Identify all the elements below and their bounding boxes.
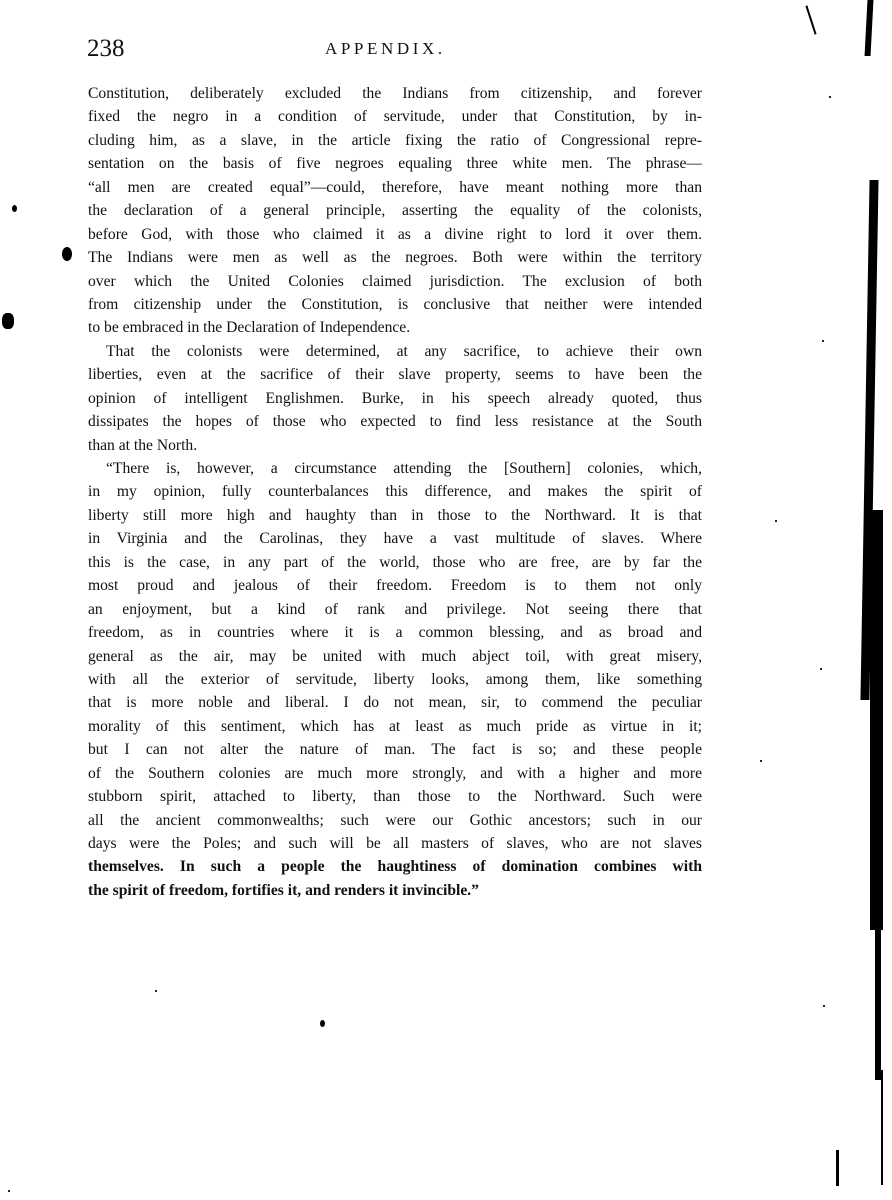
text-line: stubborn spirit, attached to liberty, th… <box>88 785 702 808</box>
speck <box>822 340 824 342</box>
text-line: of the Southern colonies are much more s… <box>88 762 702 785</box>
text-line: from citizenship under the Constitution,… <box>88 293 702 316</box>
text-line: in Virginia and the Carolinas, they have… <box>88 527 702 550</box>
text-line: the spirit of freedom, fortifies it, and… <box>88 879 702 902</box>
text-line: in my opinion, fully counterbalances thi… <box>88 480 702 503</box>
text-line: than at the North. <box>88 434 702 457</box>
running-head: APPENDIX. <box>325 38 446 60</box>
text-line: That the colonists were determined, at a… <box>88 340 702 363</box>
speck <box>829 96 831 98</box>
page-edge-shadow <box>881 1070 883 1185</box>
page-edge-shadow <box>870 510 883 930</box>
text-line: all the ancient commonwealths; such were… <box>88 809 702 832</box>
scratch-mark <box>836 1150 839 1186</box>
text-line: over which the United Colonies claimed j… <box>88 270 702 293</box>
text-line: cluding him, as a slave, in the article … <box>88 129 702 152</box>
page-edge-shadow <box>865 0 874 56</box>
ink-blot <box>12 205 17 212</box>
text-line: most proud and jealous of their freedom.… <box>88 574 702 597</box>
text-line: an enjoyment, but a kind of rank and pri… <box>88 598 702 621</box>
text-line: sentation on the basis of five negroes e… <box>88 152 702 175</box>
speck <box>760 760 762 762</box>
speck <box>775 520 777 522</box>
text-line: “There is, however, a circumstance atten… <box>88 457 702 480</box>
text-line: freedom, as in countries where it is a c… <box>88 621 702 644</box>
text-line: opinion of intelligent Englishmen. Burke… <box>88 387 702 410</box>
page-edge-shadow <box>875 910 881 1080</box>
speck <box>820 668 822 670</box>
text-line: with all the exterior of servitude, libe… <box>88 668 702 691</box>
text-line: days were the Poles; and such will be al… <box>88 832 702 855</box>
text-line: dissipates the hopes of those who expect… <box>88 410 702 433</box>
text-line: Constitution, deliberately excluded the … <box>88 82 702 105</box>
text-line: liberty still more high and haughty than… <box>88 504 702 527</box>
text-line: to be embraced in the Declaration of Ind… <box>88 316 702 339</box>
ink-blot <box>2 313 14 329</box>
text-line: but I can not alter the nature of man. T… <box>88 738 702 761</box>
paragraph-2: That the colonists were determined, at a… <box>88 340 702 457</box>
text-line: the declaration of a general principle, … <box>88 199 702 222</box>
ink-blot <box>320 1020 325 1027</box>
text-line: before God, with those who claimed it as… <box>88 223 702 246</box>
page-number: 238 <box>87 34 125 64</box>
text-line: themselves. In such a people the haughti… <box>88 855 702 878</box>
text-line: that is more noble and liberal. I do not… <box>88 691 702 714</box>
text-line: “all men are created equal”—could, there… <box>88 176 702 199</box>
body-text: Constitution, deliberately excluded the … <box>88 82 702 902</box>
text-line: fixed the negro in a condition of servit… <box>88 105 702 128</box>
text-line: general as the air, may be united with m… <box>88 645 702 668</box>
speck <box>8 1190 10 1192</box>
text-line: this is the case, in any part of the wor… <box>88 551 702 574</box>
speck <box>823 1005 825 1007</box>
scratch-mark <box>805 5 816 34</box>
paragraph-1: Constitution, deliberately excluded the … <box>88 82 702 340</box>
quotation-paragraph: “There is, however, a circumstance atten… <box>88 457 702 902</box>
text-line: The Indians were men as well as the negr… <box>88 246 702 269</box>
ink-blot <box>62 247 72 261</box>
text-line: liberties, even at the sacrifice of thei… <box>88 363 702 386</box>
text-line: morality of this sentiment, which has at… <box>88 715 702 738</box>
speck <box>155 990 157 992</box>
